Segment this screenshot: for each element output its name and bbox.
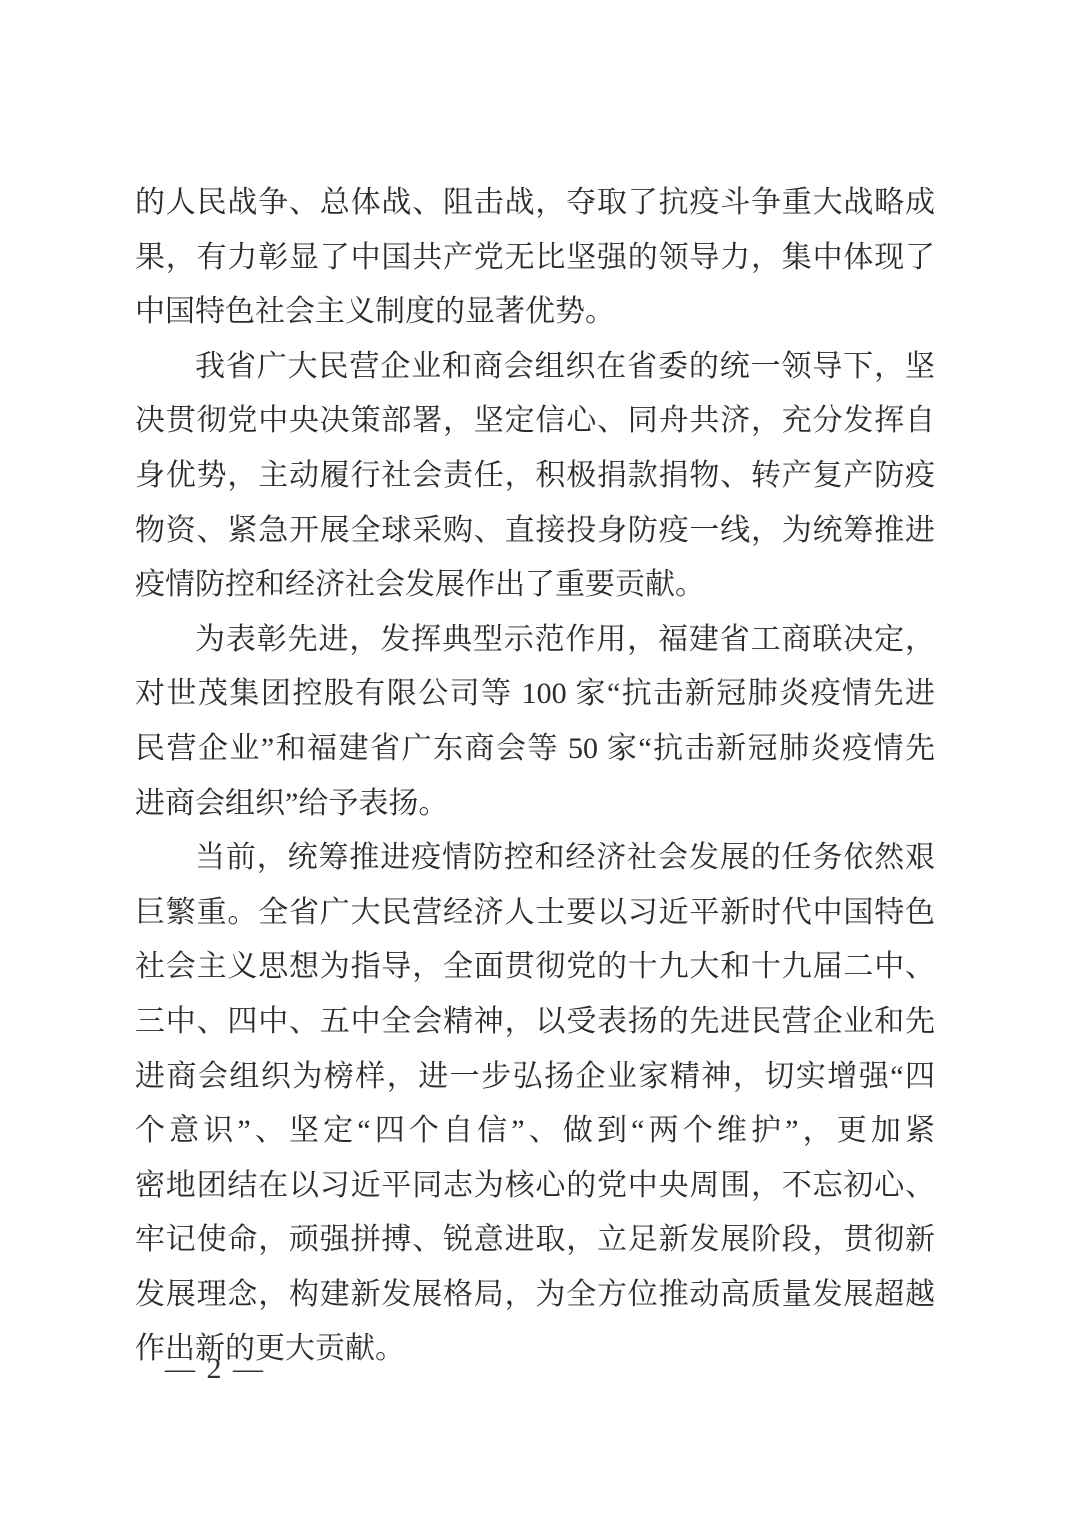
document-line: 发展理念，构建新发展格局，为全方位推动高质量发展超越 — [135, 1268, 935, 1323]
document-line: 巨繁重。全省广大民营经济人士要以习近平新时代中国特色 — [135, 886, 935, 941]
document-line: 密地团结在以习近平同志为核心的党中央周围，不忘初心、 — [135, 1159, 935, 1214]
page-number: — 2 — — [165, 1342, 265, 1397]
document-line: 决贯彻党中央决策部署，坚定信心、同舟共济，充分发挥自 — [135, 394, 935, 449]
document-line: 的人民战争、总体战、阻击战，夺取了抗疫斗争重大战略成 — [135, 176, 935, 231]
document-line: 牢记使命，顽强拼搏、锐意进取，立足新发展阶段，贯彻新 — [135, 1213, 935, 1268]
document-line: 进商会组织”给予表扬。 — [135, 777, 935, 832]
document-line: 进商会组织为榜样，进一步弘扬企业家精神，切实增强“四 — [135, 1050, 935, 1105]
document-line: 我省广大民营企业和商会组织在省委的统一领导下，坚 — [135, 340, 935, 395]
document-line: 中国特色社会主义制度的显著优势。 — [135, 285, 935, 340]
document-line: 三中、四中、五中全会精神，以受表扬的先进民营企业和先 — [135, 995, 935, 1050]
document-line: 对世茂集团控股有限公司等 100 家“抗击新冠肺炎疫情先进 — [135, 667, 935, 722]
document-line: 疫情防控和经济社会发展作出了重要贡献。 — [135, 558, 935, 613]
document-line: 社会主义思想为指导，全面贯彻党的十九大和十九届二中、 — [135, 940, 935, 995]
document-line: 身优势，主动履行社会责任，积极捐款捐物、转产复产防疫 — [135, 449, 935, 504]
document-line: 当前，统筹推进疫情防控和经济社会发展的任务依然艰 — [135, 831, 935, 886]
document-line: 民营企业”和福建省广东商会等 50 家“抗击新冠肺炎疫情先 — [135, 722, 935, 777]
document-text-block: 的人民战争、总体战、阻击战，夺取了抗疫斗争重大战略成 果，有力彰显了中国共产党无… — [135, 176, 935, 1377]
document-line: 物资、紧急开展全球采购、直接投身防疫一线，为统筹推进 — [135, 504, 935, 559]
document-line: 个意识”、坚定“四个自信”、做到“两个维护”，更加紧 — [135, 1104, 935, 1159]
document-page: 的人民战争、总体战、阻击战，夺取了抗疫斗争重大战略成 果，有力彰显了中国共产党无… — [0, 0, 1080, 1528]
document-line: 为表彰先进，发挥典型示范作用，福建省工商联决定， — [135, 613, 935, 668]
document-line: 果，有力彰显了中国共产党无比坚强的领导力，集中体现了 — [135, 231, 935, 286]
